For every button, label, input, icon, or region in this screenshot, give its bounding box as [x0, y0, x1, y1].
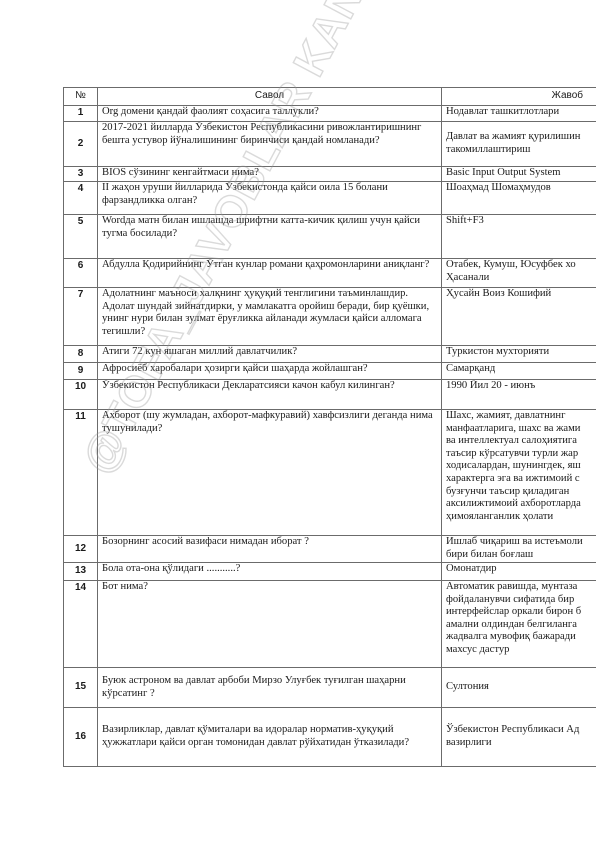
row-number: 11 [64, 410, 98, 536]
answer-cell: Автоматик равишда, мунтазафойдаланувчи с… [442, 581, 596, 668]
table-row: 3BIOS сўзининг кенгайтмаси нима?Basic In… [64, 167, 596, 182]
table-row: 22017-2021 йилларда Ўзбекистон Республик… [64, 122, 596, 167]
answer-cell: Ишлаб чиқариш ва истеъмолибири билан боғ… [442, 536, 596, 563]
answer-line: манфаатларига, шахс ва жами [446, 423, 596, 436]
header-answer: Жавоб [442, 88, 596, 106]
table-row: 4II жаҳон уруши йилларида Ўзбекистонда қ… [64, 182, 596, 215]
answer-line: Ишлаб чиқариш ва истеъмоли [446, 536, 596, 549]
row-number: 6 [64, 259, 98, 288]
row-number: 15 [64, 668, 98, 708]
answer-line: Автоматик равишда, мунтаза [446, 581, 596, 594]
answer-line: фойдаланувчи сифатида бир [446, 594, 596, 607]
question-cell: Бозорнинг асосий вазифаси нимадан иборат… [98, 536, 442, 563]
answer-cell: Отабек, Кумуш, Юсуфбек хоҲасанали [442, 259, 596, 288]
answer-line: Давлат ва жамият қурилишин [446, 131, 596, 144]
answer-line: характерга эга ва ижтимоий с [446, 473, 596, 486]
answer-line: бири билан боғлаш [446, 549, 596, 562]
header-number: № [64, 88, 98, 106]
answer-cell: Шахс, жамият, давлатнингманфаатларига, ш… [442, 410, 596, 536]
table-row: 8Атиги 72 кун яшаган миллий давлатчилик?… [64, 346, 596, 363]
qa-table: № Савол Жавоб 1Org домени қандай фаолият… [63, 87, 596, 767]
answer-cell: Самарқанд [442, 363, 596, 380]
document-page: № Савол Жавоб 1Org домени қандай фаолият… [0, 0, 596, 842]
row-number: 13 [64, 563, 98, 581]
answer-line: Нодавлат ташкитлотлари [446, 106, 596, 119]
row-number: 9 [64, 363, 98, 380]
answer-line: Ҳасанали [446, 272, 596, 285]
table-row: 14Бот нима?Автоматик равишда, мунтазафой… [64, 581, 596, 668]
table-row: 1Org домени қандай фаолият соҳасига талл… [64, 106, 596, 122]
question-cell: Ўзбекистон Республикаси Декларатсияси ка… [98, 380, 442, 410]
answer-line: такомиллаштириш [446, 144, 596, 157]
answer-cell: Ҳусайн Воиз Кошифий [442, 288, 596, 346]
question-cell: II жаҳон уруши йилларида Ўзбекистонда қа… [98, 182, 442, 215]
answer-cell: Ўзбекистон Республикаси Адвазирлиги [442, 708, 596, 767]
question-cell: Абдулла Қодирийнинг Ўтган кунлар романи … [98, 259, 442, 288]
table-row: 10Ўзбекистон Республикаси Декларатсияси … [64, 380, 596, 410]
answer-line: бузғунчи таъсир қиладиган [446, 486, 596, 499]
answer-cell: Basic Input Output System [442, 167, 596, 182]
answer-line: интерфейслар оркали бирон б [446, 606, 596, 619]
answer-line: ходисалардан, шунингдек, яш [446, 460, 596, 473]
question-cell: 2017-2021 йилларда Ўзбекистон Республика… [98, 122, 442, 167]
answer-line: Шоаҳмад Шомаҳмудов [446, 182, 596, 195]
answer-line: амални олдиндан белгиланга [446, 619, 596, 632]
answer-cell: 1990 Йил 20 - июнъ [442, 380, 596, 410]
answer-line: Шахс, жамият, давлатнинг [446, 410, 596, 423]
header-question: Савол [98, 88, 442, 106]
answer-line: Туркистон мухторияти [446, 346, 596, 359]
answer-line: Отабек, Кумуш, Юсуфбек хо [446, 259, 596, 272]
row-number: 7 [64, 288, 98, 346]
answer-cell: Туркистон мухторияти [442, 346, 596, 363]
question-cell: BIOS сўзининг кенгайтмаси нима? [98, 167, 442, 182]
row-number: 2 [64, 122, 98, 167]
answer-line: ҳимояланганлик ҳолати [446, 511, 596, 524]
row-number: 10 [64, 380, 98, 410]
answer-line: таъсир кўрсатувчи турли жар [446, 448, 596, 461]
question-cell: Org домени қандай фаолият соҳасига таллу… [98, 106, 442, 122]
answer-cell: Shift+F3 [442, 215, 596, 259]
answer-line: Самарқанд [446, 363, 596, 376]
question-cell: Wordда матн билан ишлашда шрифтни катта-… [98, 215, 442, 259]
row-number: 3 [64, 167, 98, 182]
table-row: 13Бола ота-она қўлидаги ...........?Омон… [64, 563, 596, 581]
row-number: 14 [64, 581, 98, 668]
table-row: 11Ахборот (шу жумладан, ахборот-мафкурав… [64, 410, 596, 536]
answer-line: ва интеллектуал салоҳиятига [446, 435, 596, 448]
answer-line: 1990 Йил 20 - июнъ [446, 380, 596, 393]
answer-line: Омонатдир [446, 563, 596, 576]
question-cell: Буюк астроном ва давлат арбоби Мирзо Улу… [98, 668, 442, 708]
question-cell: Афросиёб харобалари ҳозирги қайси шаҳард… [98, 363, 442, 380]
answer-line: Shift+F3 [446, 215, 596, 228]
answer-line: вазирлиги [446, 737, 596, 750]
question-cell: Атиги 72 кун яшаган миллий давлатчилик? [98, 346, 442, 363]
table-row: 12Бозорнинг асосий вазифаси нимадан ибор… [64, 536, 596, 563]
row-number: 1 [64, 106, 98, 122]
answer-cell: Шоаҳмад Шомаҳмудов [442, 182, 596, 215]
question-cell: Бот нима? [98, 581, 442, 668]
row-number: 12 [64, 536, 98, 563]
row-number: 8 [64, 346, 98, 363]
question-cell: Адолатнинг маъноси халқнинг ҳуқуқий тенг… [98, 288, 442, 346]
answer-line: жадвалга мувофиқ бажаради [446, 631, 596, 644]
answer-line: Basic Input Output System [446, 167, 596, 180]
question-cell: Ахборот (шу жумладан, ахборот-мафкуравий… [98, 410, 442, 536]
answer-cell: Нодавлат ташкитлотлари [442, 106, 596, 122]
table-header-row: № Савол Жавоб [64, 88, 596, 106]
answer-line: Султония [446, 681, 596, 694]
table-row: 15Буюк астроном ва давлат арбоби Мирзо У… [64, 668, 596, 708]
answer-line: аксилижтимоий ахборотларда [446, 498, 596, 511]
table-row: 5Wordда матн билан ишлашда шрифтни катта… [64, 215, 596, 259]
answer-line: махсус дастур [446, 644, 596, 657]
answer-line: Ўзбекистон Республикаси Ад [446, 724, 596, 737]
answer-cell: Давлат ва жамият қурилишинтакомиллаштири… [442, 122, 596, 167]
question-cell: Бола ота-она қўлидаги ...........? [98, 563, 442, 581]
question-cell: Вазирликлар, давлат қўмиталари ва идорал… [98, 708, 442, 767]
table-body: 1Org домени қандай фаолият соҳасига талл… [64, 106, 596, 767]
table-row: 16Вазирликлар, давлат қўмиталари ва идор… [64, 708, 596, 767]
answer-cell: Султония [442, 668, 596, 708]
table-row: 7Адолатнинг маъноси халқнинг ҳуқуқий тен… [64, 288, 596, 346]
table-row: 6Абдулла Қодирийнинг Ўтган кунлар романи… [64, 259, 596, 288]
row-number: 4 [64, 182, 98, 215]
row-number: 5 [64, 215, 98, 259]
answer-line: Ҳусайн Воиз Кошифий [446, 288, 596, 301]
answer-cell: Омонатдир [442, 563, 596, 581]
row-number: 16 [64, 708, 98, 767]
table-row: 9Афросиёб харобалари ҳозирги қайси шаҳар… [64, 363, 596, 380]
